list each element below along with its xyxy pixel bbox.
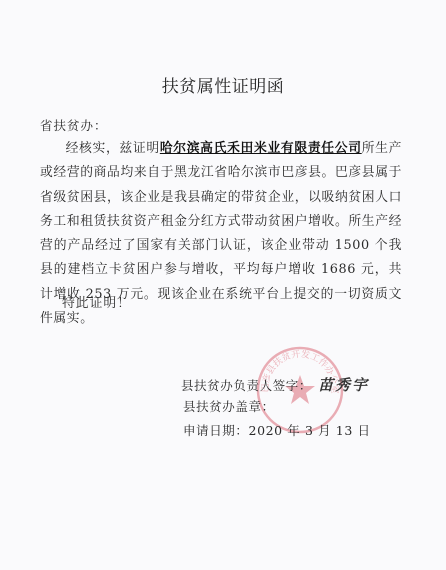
date-label: 申请日期：: [183, 423, 249, 438]
date-line: 申请日期：2020 年 3 月 13 日: [183, 421, 371, 439]
signer-label: 县扶贫办负责人签字：: [181, 378, 312, 393]
seal-label: 县扶贫办盖章：: [183, 399, 275, 414]
salutation: 省扶贫办：: [40, 116, 108, 134]
signer-line: 县扶贫办负责人签字：苗秀宇: [181, 374, 369, 395]
closing-text: 特此证明！: [62, 292, 131, 311]
document-title: 扶贫属性证明函: [0, 72, 446, 97]
handwritten-signature: 苗秀宇: [318, 376, 369, 394]
company-name: 哈尔滨高氏禾田米业有限责任公司: [160, 141, 362, 156]
seal-line: 县扶贫办盖章：: [183, 397, 275, 415]
document-page: 扶贫属性证明函 省扶贫办： 经核实，兹证明哈尔滨高氏禾田米业有限责任公司所生产或…: [0, 0, 446, 570]
body-intro: 经核实，兹证明: [66, 141, 160, 156]
date-value: 2020 年 3 月 13 日: [249, 423, 371, 438]
